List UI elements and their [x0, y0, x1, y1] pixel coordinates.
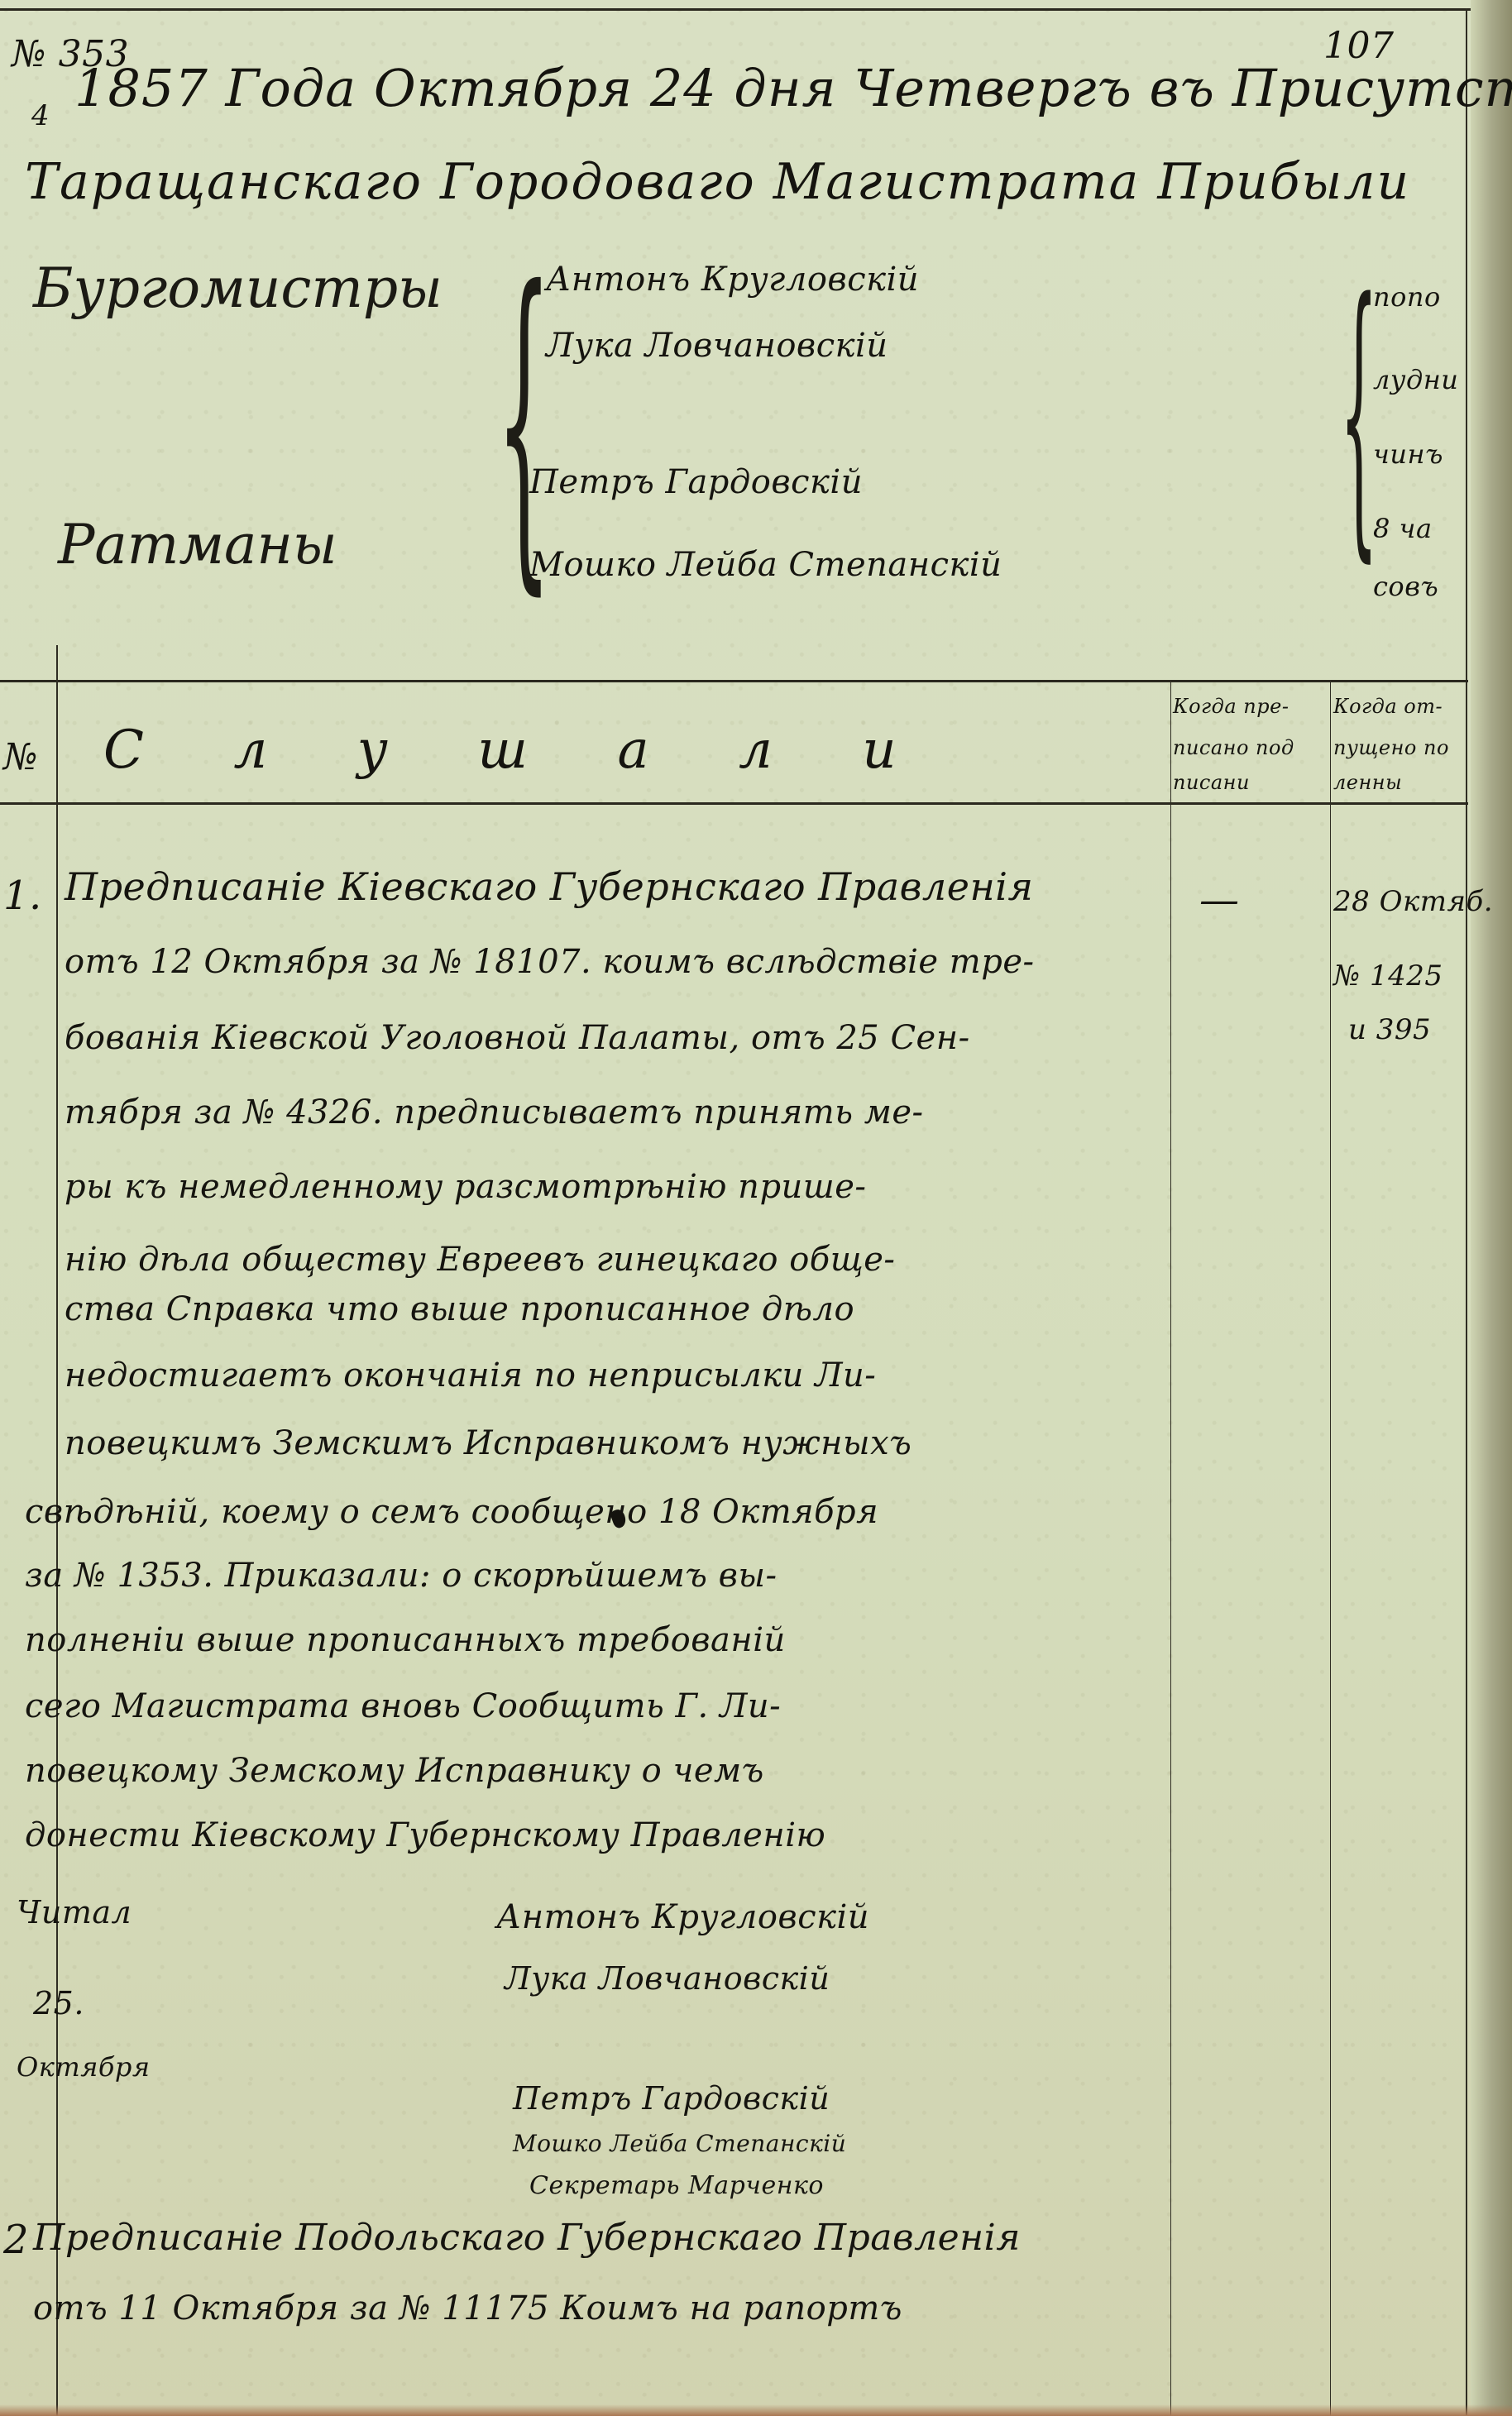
entry-1-line: ры къ немедленному разсмотрѣнію прише- — [65, 1168, 866, 1206]
col-number-header: № — [3, 736, 38, 778]
entry-1-line: сего Магистрата вновь Сообщить Г. Ли- — [25, 1687, 781, 1725]
entry-1-line: повецкимъ Земскимъ Исправникомъ нужныхъ — [65, 1424, 912, 1462]
col-main-header: Слушали — [103, 720, 986, 781]
time-note-2: лудни — [1373, 364, 1458, 395]
entry-1-line: нію дѣла обществу Евреевъ гинецкаго обще… — [65, 1241, 895, 1279]
entry-1-number: 1. — [3, 873, 42, 919]
header-line-2: Таращанскаго Городоваго Магистрата Прибы… — [25, 153, 1410, 211]
entry-1-line: донести Кіевскому Губернскому Правленію — [25, 1816, 825, 1854]
column-divider-main — [1170, 680, 1171, 2416]
read-note-month: Октября — [17, 2051, 151, 2083]
page-edge — [1471, 0, 1512, 2416]
entry-1-when-written: — — [1199, 877, 1240, 923]
entry-1-line: недостигаетъ окончанія по неприсылки Ли- — [65, 1356, 876, 1395]
ratmans-label: Ратманы — [58, 513, 337, 576]
col-when-written-header-2: писано под — [1173, 736, 1294, 759]
top-rule — [0, 8, 1481, 11]
burgomasters-label: Бургомистры — [33, 256, 443, 320]
entry-1-line: Предписаніе Кіевскаго Губернскаго Правле… — [65, 864, 1033, 909]
entry-1-when-sent-3: и 395 — [1348, 1013, 1431, 1046]
header-letter: у — [357, 720, 389, 781]
burgomaster-1: Антонъ Кругловскій — [546, 261, 919, 299]
signature: Секретарь Марченко — [529, 2171, 824, 2200]
signature: Мошко Лейба Степанскій — [513, 2130, 846, 2157]
page-bottom-edge — [0, 2404, 1512, 2416]
header-letter: а — [617, 720, 649, 781]
time-note-5: совъ — [1373, 571, 1438, 602]
burgomaster-2: Лука Ловчановскій — [546, 327, 888, 365]
time-brace: { — [1340, 265, 1378, 562]
header-line-1: 1857 Года Октября 24 дня Четвергъ въ При… — [74, 58, 1512, 118]
time-note-3: чинъ — [1373, 438, 1443, 470]
column-divider-written — [1330, 680, 1331, 2416]
entry-subnumber: 4 — [31, 99, 50, 132]
header-letter: С — [103, 720, 144, 781]
read-note-label: Читал — [17, 1894, 132, 1930]
signature: Петръ Гардовскій — [513, 2080, 830, 2117]
entry-1-line: бованія Кіевской Уголовной Палаты, отъ 2… — [65, 1019, 970, 1057]
table-header-top-rule — [0, 680, 1468, 682]
ratman-2: Мошко Лейба Степанскій — [529, 546, 1002, 584]
entry-2-line: Предписаніе Подольскаго Губернскаго Прав… — [33, 2217, 1021, 2259]
col-when-sent-header-2: пущено по — [1333, 736, 1449, 759]
header-letter: л — [233, 720, 267, 781]
entry-1-line: повецкому Земскому Исправнику о чемъ — [25, 1752, 764, 1790]
entry-1-line: отъ 12 Октября за № 18107. коимъ вслѣдст… — [65, 943, 1035, 981]
right-margin-line — [1466, 8, 1467, 2415]
entry-1-line: ства Справка что выше прописанное дѣло — [65, 1290, 854, 1328]
header-letter: ш — [477, 720, 528, 781]
entry-1-when-sent-1: 28 Октяб. — [1333, 885, 1493, 918]
col-when-sent-header-3: ленны — [1333, 771, 1402, 794]
col-when-sent-header-1: Когда от- — [1333, 695, 1443, 718]
col-when-written-header-1: Когда пре- — [1173, 695, 1289, 718]
entry-2-number: 2 — [3, 2217, 29, 2263]
time-note-4: 8 ча — [1373, 513, 1433, 544]
time-note-1: попо — [1373, 281, 1441, 313]
header-letter: и — [862, 720, 897, 781]
ratman-1: Петръ Гардовскій — [529, 463, 863, 501]
entry-1-line: полненіи выше прописанныхъ требованій — [25, 1621, 786, 1659]
col-when-written-header-3: писани — [1173, 771, 1250, 794]
entry-1-line: за № 1353. Приказали: о скорѣйшемъ вы- — [25, 1557, 778, 1595]
entry-2-line: отъ 11 Октября за № 11175 Коимъ на рапор… — [33, 2289, 902, 2327]
names-brace: { — [496, 248, 552, 596]
entry-1-line: тября за № 4326. предписываетъ принять м… — [65, 1093, 924, 1131]
signature: Лука Ловчановскій — [505, 1960, 830, 1997]
read-note-day: 25. — [33, 1985, 84, 2021]
signature: Антонъ Кругловскій — [496, 1898, 869, 1936]
document-page: 107 № 353 4 1857 Года Октября 24 дня Чет… — [0, 0, 1512, 2416]
entry-1-when-sent-2: № 1425 — [1333, 959, 1443, 993]
header-letter: л — [739, 720, 773, 781]
table-header-bottom-rule — [0, 802, 1468, 805]
entry-1-line: свѣдѣній, коему о семъ сообщено 18 Октяб… — [25, 1493, 878, 1531]
